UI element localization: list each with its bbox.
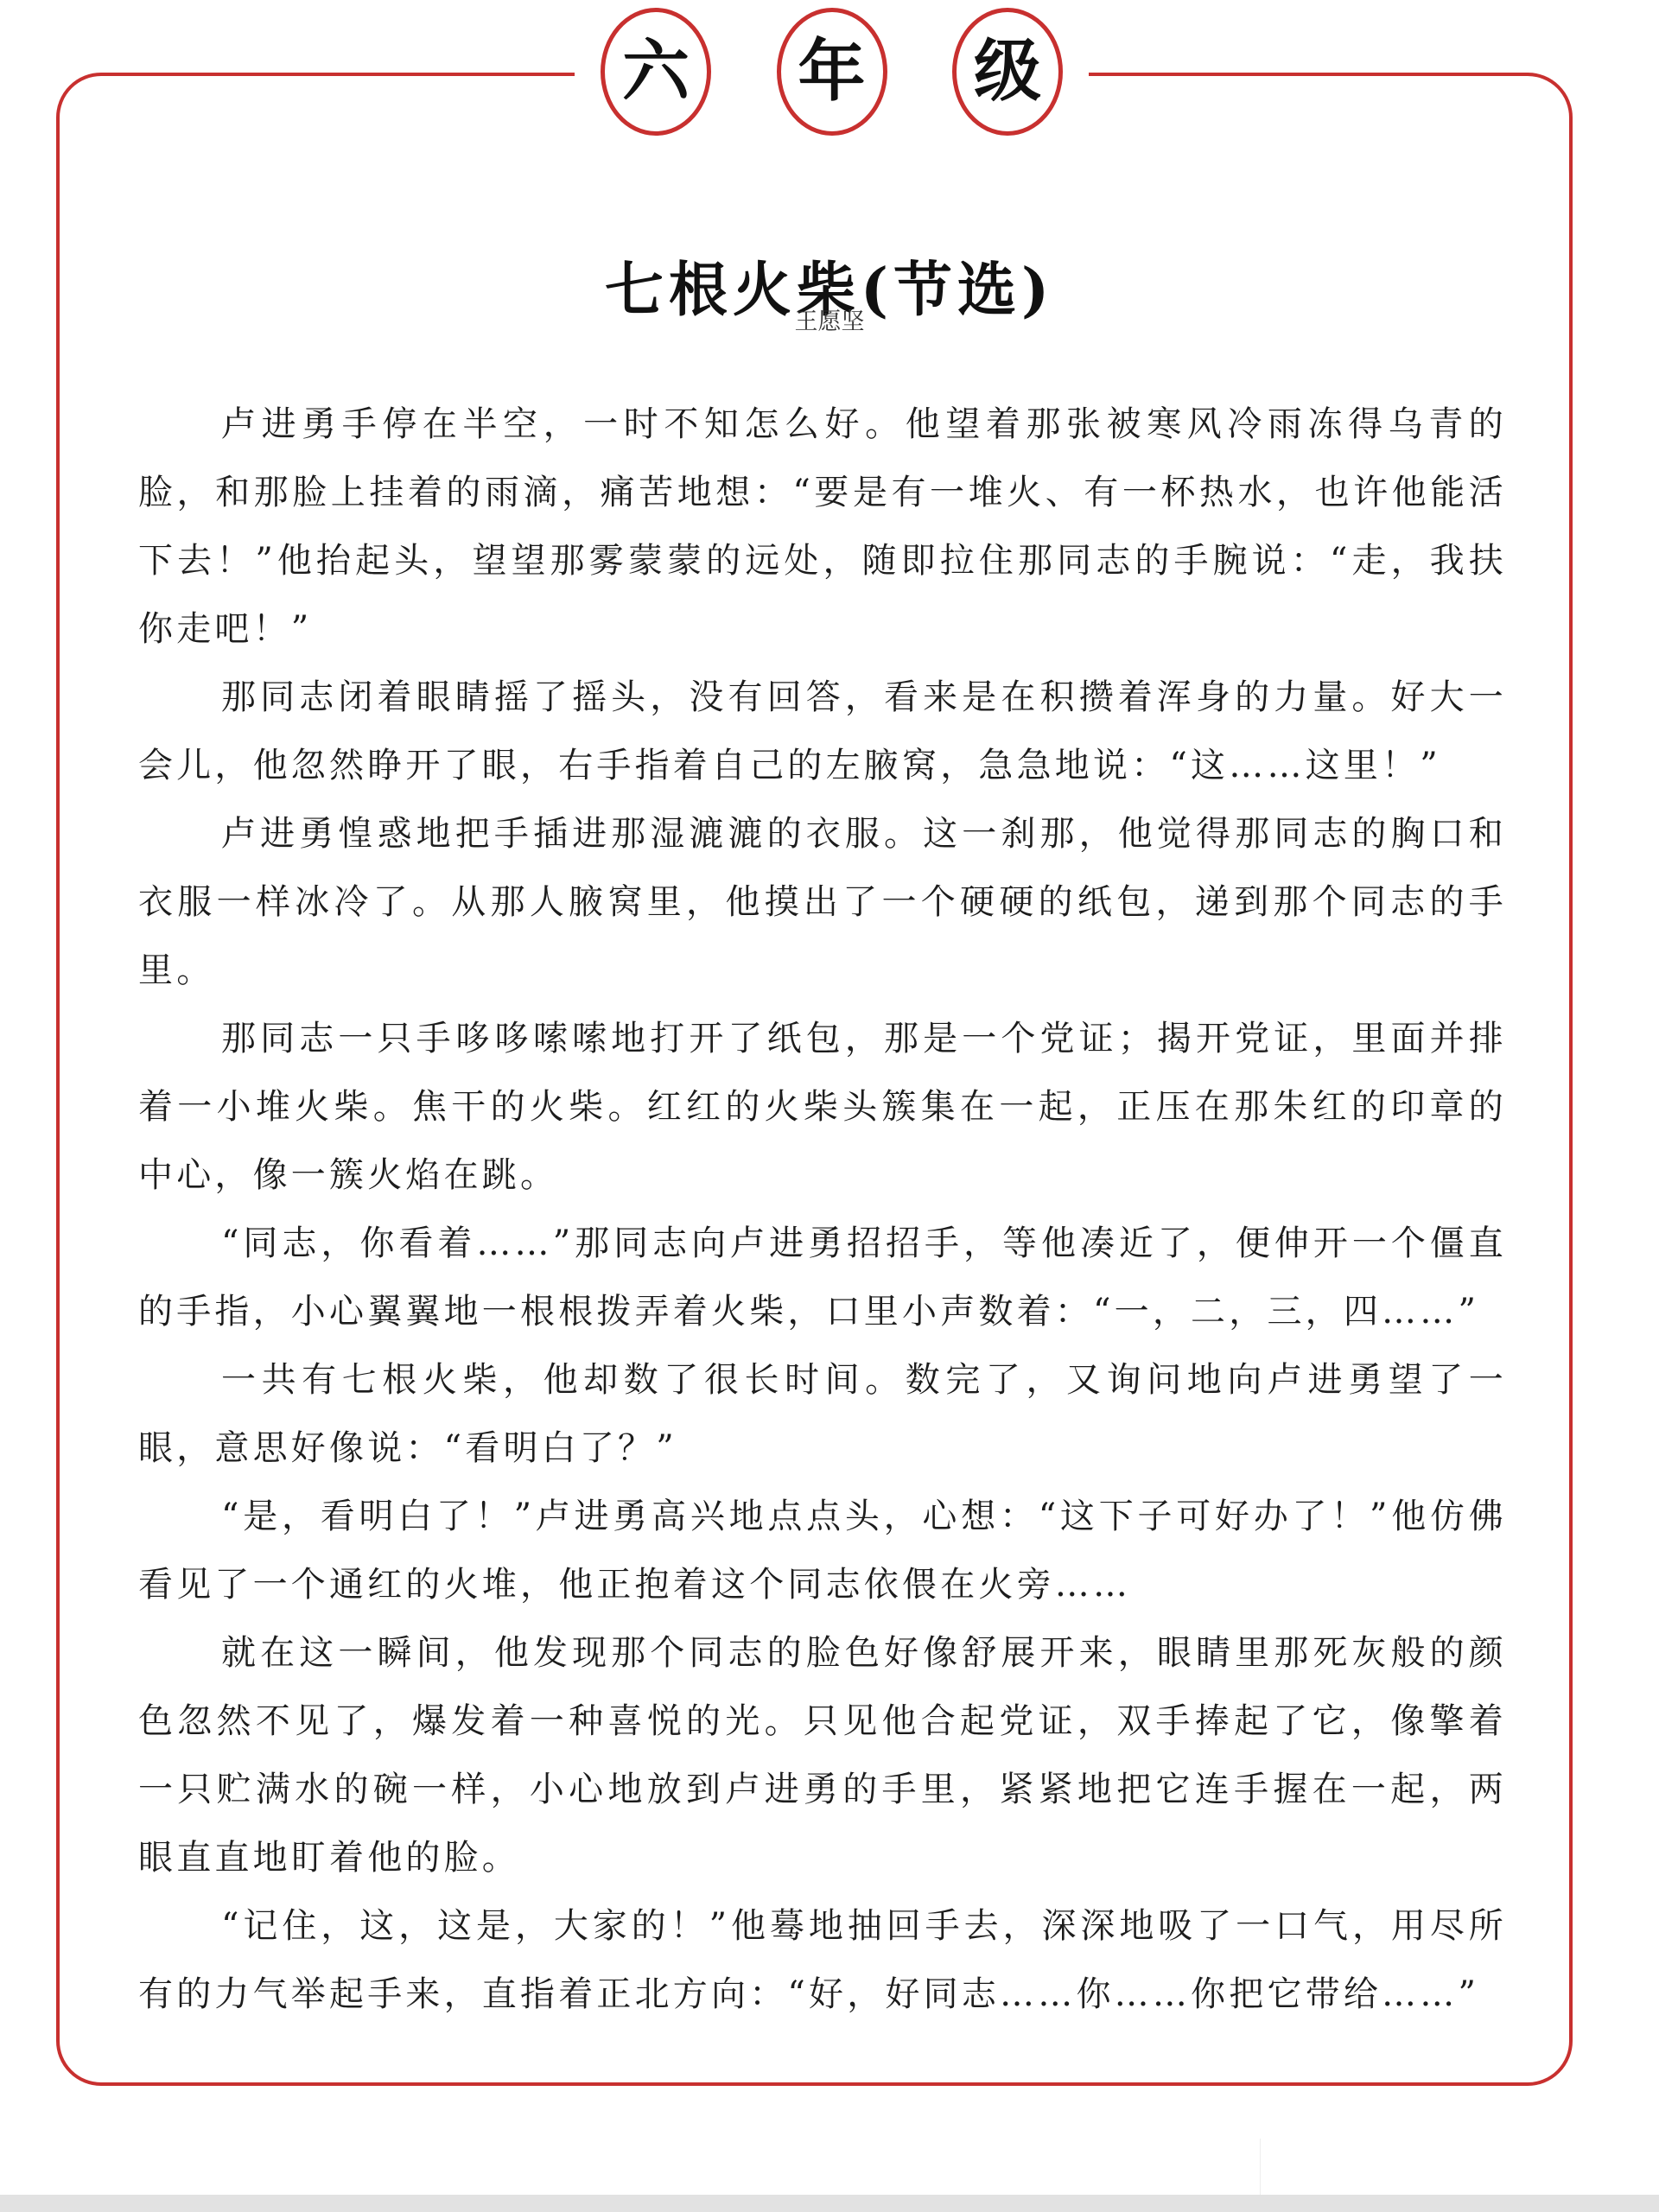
- article-author: 王愿坚: [0, 302, 1659, 336]
- grade-circle-3: 级: [952, 8, 1063, 136]
- article-body: 卢进勇手停在半空，一时不知怎么好。他望着那张被寒风冷雨冻得乌青的脸，和那脸上挂着…: [138, 391, 1507, 2029]
- page-edge-divider: [1260, 2139, 1261, 2195]
- grade-char: 年: [798, 38, 865, 105]
- grade-char: 六: [622, 38, 690, 105]
- paragraph: “同志，你看着……”那同志向卢进勇招招手，等他凑近了，便伸开一个僵直的手指，小心…: [138, 1210, 1507, 1346]
- paragraph: “记住，这，这是，大家的！”他蓦地抽回手去，深深地吸了一口气，用尽所有的力气举起…: [138, 1892, 1507, 2029]
- paragraph: 一共有七根火柴，他却数了很长时间。数完了，又询问地向卢进勇望了一眼，意思好像说：…: [138, 1346, 1507, 1483]
- paragraph: 那同志一只手哆哆嗦嗦地打开了纸包，那是一个党证；揭开党证，里面并排着一小堆火柴。…: [138, 1005, 1507, 1210]
- paragraph: 那同志闭着眼睛摇了摇头，没有回答，看来是在积攒着浑身的力量。好大一会儿，他忽然睁…: [138, 664, 1507, 800]
- paragraph: 就在这一瞬间，他发现那个同志的脸色好像舒展开来，眼睛里那死灰般的颜色忽然不见了，…: [138, 1619, 1507, 1892]
- footer-strip: [0, 2195, 1659, 2212]
- grade-char: 级: [974, 38, 1041, 105]
- paragraph: “是，看明白了！”卢进勇高兴地点点头，心想：“这下子可好办了！”他仿佛看见了一个…: [138, 1483, 1507, 1619]
- paragraph: 卢进勇手停在半空，一时不知怎么好。他望着那张被寒风冷雨冻得乌青的脸，和那脸上挂着…: [138, 391, 1507, 664]
- grade-circle-2: 年: [777, 8, 887, 136]
- grade-circle-1: 六: [601, 8, 711, 136]
- grade-banner: 六 年 级: [575, 7, 1089, 137]
- paragraph: 卢进勇惶惑地把手插进那湿漉漉的衣服。这一刹那，他觉得那同志的胸口和衣服一样冰冷了…: [138, 800, 1507, 1005]
